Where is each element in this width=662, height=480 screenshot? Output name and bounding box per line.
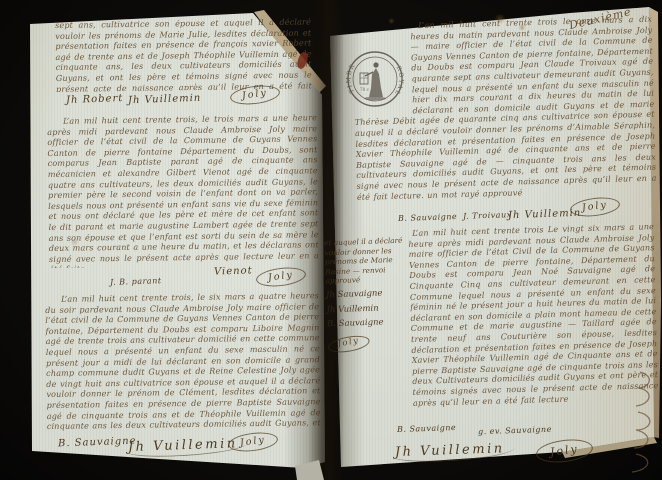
pen-flourish-doodles [610, 368, 660, 476]
act-paragraph-3: L’an mil huit cent trente trois, le six … [45, 290, 321, 432]
act-paragraph-2: L’an mil huit cent trente trois, le troi… [47, 112, 319, 268]
signature: J. Troivaux [463, 210, 512, 221]
binding-shadow [308, 0, 344, 480]
act-paragraph-1: sept ans, cultivatrice son épouse et auq… [55, 16, 312, 92]
signature: J. B. parant [110, 276, 162, 287]
register-scan: sept ans, cultivatrice son épouse et auq… [0, 0, 662, 480]
act-paragraph-4: L’an mil huit cent trente trois le onze … [352, 14, 657, 210]
signature: Vienot [214, 265, 253, 277]
signature: Jh Vuillemin [393, 441, 515, 463]
stamp-text-wrap-spacer [353, 43, 407, 110]
signature: Jh Robert [66, 93, 124, 106]
